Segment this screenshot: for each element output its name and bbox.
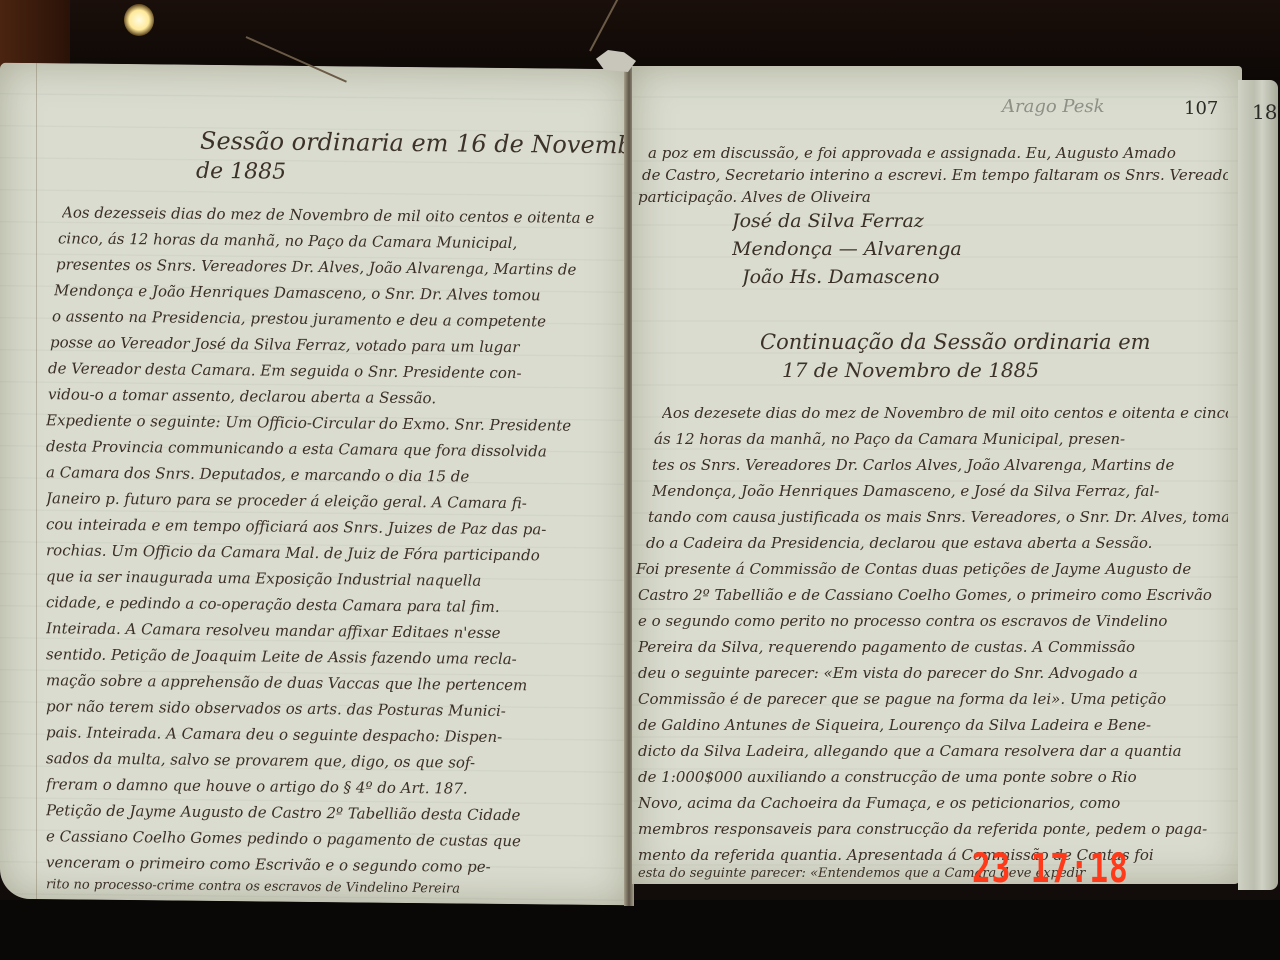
text-line: venceram o primeiro como Escrivão e o se… <box>46 853 618 877</box>
text-line: rito no processo-crime contra os escravo… <box>46 877 618 898</box>
text-line: pais. Inteirada. A Camara deu o seguinte… <box>46 723 618 747</box>
signature: José da Silva Ferraz <box>732 210 924 232</box>
text-line: de Castro, Secretario interino a escrevi… <box>642 166 1228 184</box>
text-line: cidade, e pedindo a co-operação desta Ca… <box>46 593 618 617</box>
text-line: deu o seguinte parecer: «Em vista do par… <box>638 664 1228 682</box>
text-line: de Galdino Antunes de Siqueira, Lourenço… <box>638 716 1228 734</box>
text-line: e o segundo como perito no processo cont… <box>638 612 1228 630</box>
folio-number: 107 <box>1184 98 1218 119</box>
ceiling-light <box>124 4 154 36</box>
text-line: Foi presente á Commissão de Contas duas … <box>636 560 1228 578</box>
text-line: rochias. Um Officio da Camara Mal. de Ju… <box>46 541 618 565</box>
right-page-heading-date: 17 de Novembro de 1885 <box>782 358 1039 382</box>
text-line: Commissão é de parecer que se pague na f… <box>638 690 1228 708</box>
text-line: presentes os Snrs. Vereadores Dr. Alves,… <box>56 255 618 279</box>
page-edges: 18 <box>1238 80 1278 890</box>
text-line: posse ao Vereador José da Silva Ferraz, … <box>50 333 618 357</box>
open-ledger: Sessão ordinaria em 16 de Novembro de 18… <box>0 56 1280 936</box>
text-line: do a Cadeira da Presidencia, declarou qu… <box>646 534 1228 552</box>
text-line: e Cassiano Coelho Gomes pedindo o pagame… <box>46 827 618 851</box>
text-line: vidou-o a tomar assento, declarou aberta… <box>48 385 618 409</box>
text-line: a Camara dos Snrs. Deputados, e marcando… <box>46 463 618 487</box>
text-line: sados da multa, salvo se provarem que, d… <box>46 749 618 773</box>
text-line: Inteirada. A Camara resolveu mandar affi… <box>46 619 618 643</box>
text-line: ás 12 horas da manhã, no Paço da Camara … <box>654 430 1228 448</box>
right-page: Arago Pesk 107 a poz em discussão, e foi… <box>632 66 1242 884</box>
left-page-heading-year: de 1885 <box>196 159 286 185</box>
text-line: mação sobre a apprehensão de duas Vaccas… <box>46 671 618 695</box>
signature: João Hs. Damasceno <box>742 266 939 288</box>
text-line: Petição de Jayme Augusto de Castro 2º Ta… <box>46 801 618 825</box>
left-page-heading: Sessão ordinaria em 16 de Novembro <box>200 127 628 160</box>
text-line: Pereira da Silva, requerendo pagamento d… <box>638 638 1228 656</box>
text-line: mento da referida quantia. Apresentada á… <box>638 846 1228 864</box>
right-page-heading: Continuação da Sessão ordinaria em <box>760 330 1151 354</box>
text-line: esta do seguinte parecer: «Entendemos qu… <box>638 866 1228 881</box>
text-line: Aos dezesseis dias do mez de Novembro de… <box>62 203 618 227</box>
text-line: cou inteirada e em tempo officiará aos S… <box>46 515 618 539</box>
text-line: Mendonça e João Henriques Damasceno, o S… <box>54 281 618 305</box>
text-line: sentido. Petição de Joaquim Leite de Ass… <box>46 645 618 669</box>
text-line: membros responsaveis para construcção da… <box>638 820 1228 838</box>
text-line: cinco, ás 12 horas da manhã, no Paço da … <box>58 229 618 253</box>
text-line: Expediente o seguinte: Um Officio-Circul… <box>46 411 618 435</box>
text-line: Novo, acima da Cachoeira da Fumaça, e os… <box>638 794 1228 812</box>
text-line: que ia ser inaugurada uma Exposição Indu… <box>46 567 618 591</box>
text-line: tando com causa justificada os mais Snrs… <box>648 508 1228 526</box>
text-line: participação. Alves de Oliveira <box>638 188 938 206</box>
text-line: Castro 2º Tabellião e de Cassiano Coelho… <box>638 586 1228 604</box>
text-line: desta Provincia communicando a esta Cama… <box>46 437 618 461</box>
signature: Mendonça — Alvarenga <box>732 238 962 260</box>
text-line: dicto da Silva Ladeira, allegando que a … <box>638 742 1228 760</box>
next-leaf-number: 18 <box>1252 100 1277 124</box>
text-line: tes os Snrs. Vereadores Dr. Carlos Alves… <box>652 456 1228 474</box>
margin-rule <box>36 63 37 899</box>
text-line: Mendonça, João Henriques Damasceno, e Jo… <box>652 482 1228 500</box>
text-line: Janeiro p. futuro para se proceder á ele… <box>46 489 618 513</box>
left-page: Sessão ordinaria em 16 de Novembro de 18… <box>0 63 628 906</box>
text-line: de Vereador desta Camara. Em seguida o S… <box>48 359 618 383</box>
camera-timestamp: 23 17:18 <box>972 846 1129 892</box>
text-line: por não terem sido observados os arts. d… <box>46 697 618 721</box>
pencil-annotation: Arago Pesk <box>1002 96 1105 117</box>
text-line: de 1:000$000 auxiliando a construcção de… <box>638 768 1228 786</box>
text-line: o assento na Presidencia, prestou jurame… <box>52 307 618 331</box>
text-line: Aos dezesete dias do mez de Novembro de … <box>662 404 1228 422</box>
text-line: freram o damno que houve o artigo do § 4… <box>46 775 618 799</box>
text-line: a poz em discussão, e foi approvada e as… <box>648 144 1228 162</box>
